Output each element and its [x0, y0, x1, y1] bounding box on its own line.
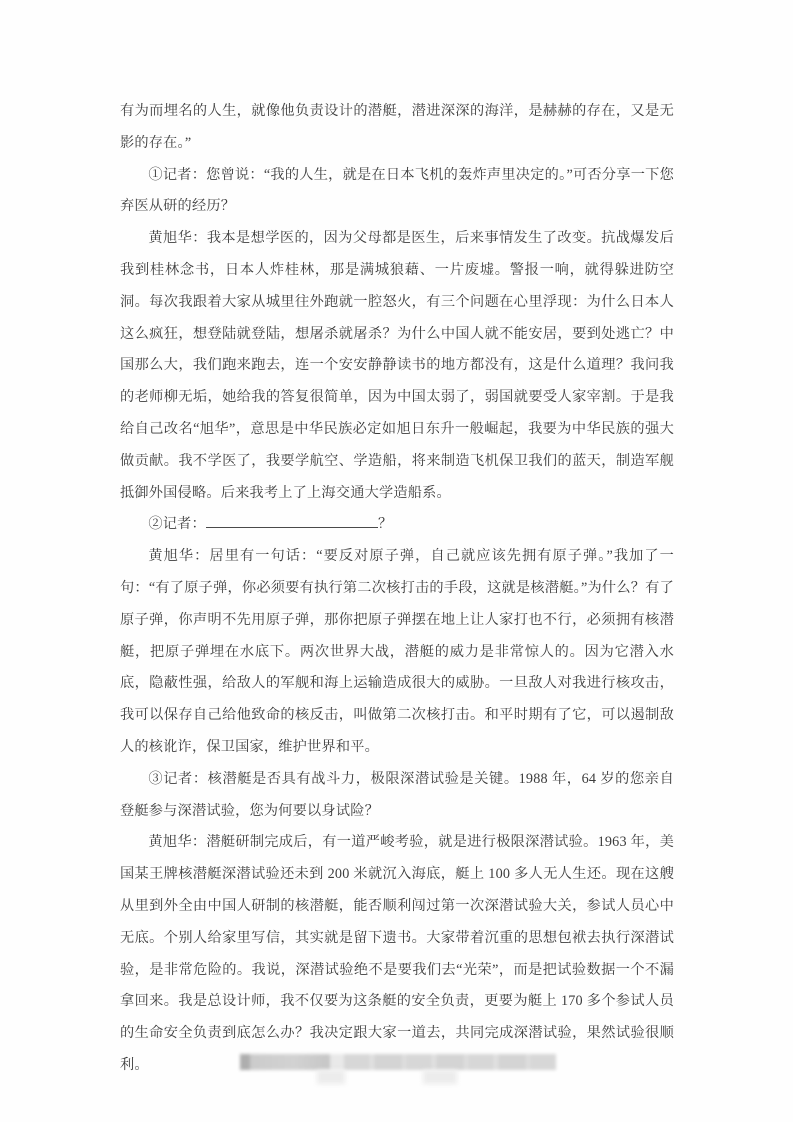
paragraph-answer-2: 黄旭华：居里有一句话：“要反对原子弹，自己就应该先拥有原子弹。”我加了一句：“有…	[120, 541, 674, 764]
paragraph-continuation: 有为而埋名的人生，就像他负责设计的潜艇，潜进深深的海洋，是赫赫的存在，又是无影的…	[120, 96, 674, 160]
question-2-prefix: ②记者：	[148, 516, 206, 532]
watermark-smudge	[423, 1070, 457, 1084]
document-content: 有为而埋名的人生，就像他负责设计的潜艇，潜进深深的海洋，是赫赫的存在，又是无影的…	[120, 96, 674, 1082]
watermark-segment	[240, 1054, 250, 1070]
paragraph-question-1: ①记者：您曾说：“我的人生，就是在日本飞机的轰炸声里决定的。”可否分享一下您弃医…	[120, 160, 674, 224]
question-2-suffix: ？	[378, 516, 392, 532]
watermark-segment	[344, 1054, 556, 1070]
watermark-segment	[330, 1054, 344, 1070]
blurred-watermark-bar	[240, 1054, 556, 1070]
watermark-smudge	[317, 1070, 345, 1084]
watermark-segment	[250, 1054, 330, 1070]
paragraph-answer-3: 黄旭华：潜艇研制完成后，有一道严峻考验，就是进行极限深潜试验。1963 年，美国…	[120, 827, 674, 1081]
paragraph-question-3: ③记者：核潜艇是否具有战斗力，极限深潜试验是关键。1988 年，64 岁的您亲自…	[120, 764, 674, 828]
paragraph-question-2: ②记者：？	[120, 509, 674, 541]
paragraph-answer-1: 黄旭华：我本是想学医的，因为父母都是医生，后来事情发生了改变。抗战爆发后我到桂林…	[120, 223, 674, 509]
scanned-document-page: 有为而埋名的人生，就像他负责设计的潜艇，潜进深深的海洋，是赫赫的存在，又是无影的…	[0, 0, 793, 1122]
fill-in-blank-line	[206, 515, 378, 529]
